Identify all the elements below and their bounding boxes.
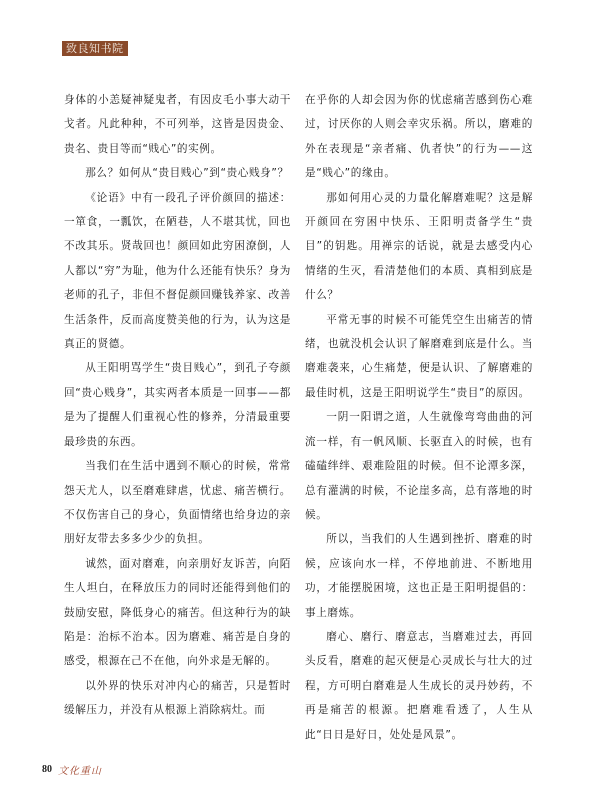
paragraph: 平常无事的时候不可能凭空生出痛苦的情绪，也就没机会认识了解磨难到底是什么。当磨难… bbox=[305, 308, 533, 406]
section-label: 致良知书院 bbox=[62, 41, 128, 56]
paragraph: 磨心、磨行、磨意志，当磨难过去，再回头反看，磨难的起灭便是心灵成长与壮大的过程，… bbox=[305, 625, 533, 747]
magazine-logo: 文化重山 bbox=[58, 762, 102, 777]
paragraph: 在乎你的人却会因为你的忧虑痛苦感到伤心难过，讨厌你的人则会幸灾乐祸。所以，磨难的… bbox=[305, 88, 533, 186]
right-column: 在乎你的人却会因为你的忧虑痛苦感到伤心难过，讨厌你的人则会幸灾乐祸。所以，磨难的… bbox=[305, 88, 533, 747]
paragraph: 诚然，面对磨难，向亲朋好友诉苦，向陌生人坦白，在释放压力的同时还能得到他们的鼓励… bbox=[64, 552, 291, 674]
paragraph: 一阴一阳谓之道，人生就像弯弯曲曲的河流一样，有一帆风顺、长驱直入的时候，也有磕磕… bbox=[305, 405, 533, 527]
paragraph: 那如何用心灵的力量化解磨难呢？这是解开颜回在穷困中快乐、王阳明责备学生“贵目”的… bbox=[305, 186, 533, 308]
paragraph: 那么？如何从“贵目贱心”到“贵心贱身”？ bbox=[64, 161, 291, 185]
paragraph: 《论语》中有一段孔子评价颜回的描述：一箪食，一瓢饮，在陋巷，人不堪其忧，回也不改… bbox=[64, 186, 291, 357]
left-column: 身体的小恙疑神疑鬼者，有因皮毛小事大动干戈者。凡此种种，不可列举，这皆是因贵金、… bbox=[64, 88, 291, 723]
paragraph: 所以，当我们的人生遇到挫折、磨难的时候，应该向水一样，不停地前进、不断地用功，才… bbox=[305, 527, 533, 625]
page-number: 80 bbox=[42, 764, 52, 775]
paragraph: 当我们在生活中遇到不顺心的时候，常常怨天尤人，以至磨难肆虐，忧虑、痛苦横行。不仅… bbox=[64, 454, 291, 552]
paragraph: 以外界的快乐对冲内心的痛苦，只是暂时缓解压力，并没有从根源上消除病灶。而 bbox=[64, 674, 291, 723]
paragraph: 身体的小恙疑神疑鬼者，有因皮毛小事大动干戈者。凡此种种，不可列举，这皆是因贵金、… bbox=[64, 88, 291, 161]
paragraph: 从王阳明骂学生“贵目贱心”，到孔子夸颜回“贵心贱身”，其实两者本质是一回事——都… bbox=[64, 356, 291, 454]
page-footer: 80 文化重山 bbox=[42, 762, 102, 776]
